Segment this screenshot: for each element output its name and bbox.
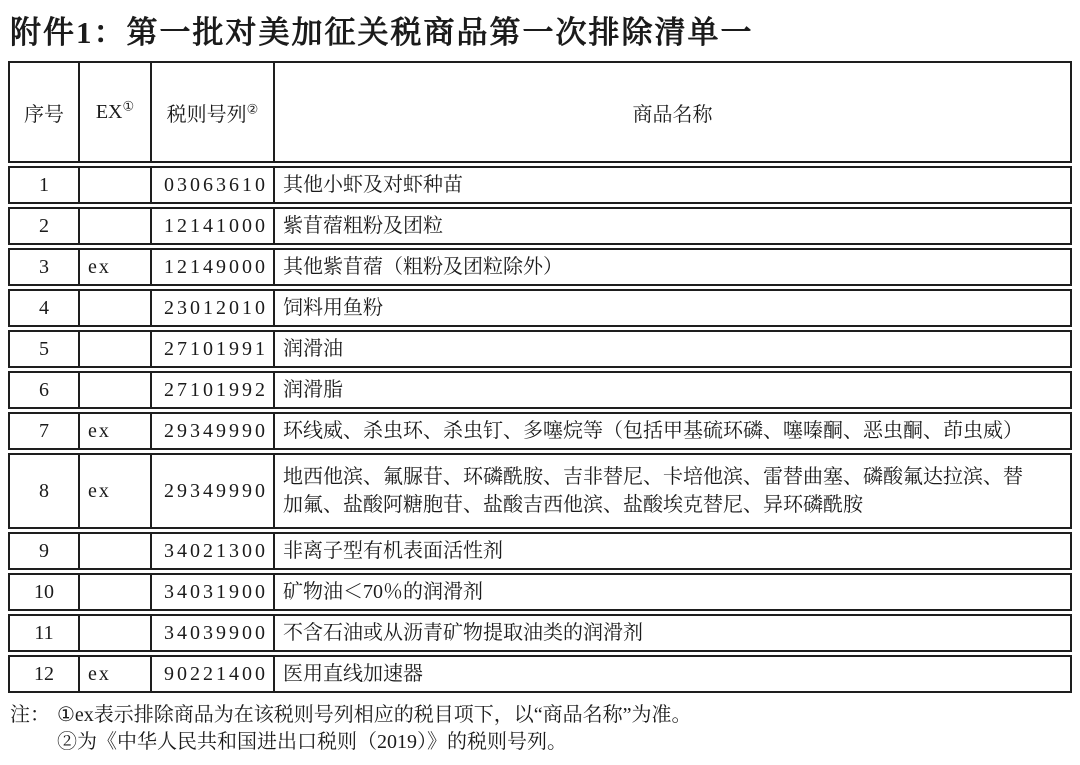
footnote-1: 注：①ex表示排除商品为在该税则号列相应的税目项下，以“商品名称”为准。: [10, 702, 1072, 729]
cell-product-name: 紫苜蓿粗粉及团粒: [273, 207, 1072, 245]
cell-serial: 2: [8, 207, 78, 245]
cell-tariff-code: 12141000: [150, 207, 273, 245]
cell-ex: [78, 573, 150, 611]
cell-serial: 12: [8, 655, 78, 693]
cell-tariff-code: 23012010: [150, 289, 273, 327]
cell-tariff-code: 27101992: [150, 371, 273, 409]
cell-ex: ex: [78, 412, 150, 450]
cell-tariff-code: 34039900: [150, 614, 273, 652]
cell-tariff-code: 29349990: [150, 412, 273, 450]
document-page: 附件1：第一批对美加征关税商品第一次排除清单一 序号 EX① 税则号列② 商品名…: [0, 0, 1080, 765]
table-row: 7 ex 29349990 环线威、杀虫环、杀虫钉、多噻烷等（包括甲基硫环磷、噻…: [8, 412, 1072, 450]
cell-serial: 5: [8, 330, 78, 368]
table-row: 1 03063610 其他小虾及对虾种苗: [8, 166, 1072, 204]
cell-tariff-code: 12149000: [150, 248, 273, 286]
cell-ex: ex: [78, 248, 150, 286]
table-header-row: 序号 EX① 税则号列② 商品名称: [8, 61, 1072, 163]
col-header-product-name: 商品名称: [273, 61, 1072, 163]
footnote-1-text: ①ex表示排除商品为在该税则号列相应的税目项下，以“商品名称”为准。: [57, 704, 692, 726]
cell-serial: 6: [8, 371, 78, 409]
col-header-ex-superscript: ①: [123, 98, 135, 113]
footnote-prefix: 注：: [10, 702, 57, 729]
cell-product-name: 环线威、杀虫环、杀虫钉、多噻烷等（包括甲基硫环磷、噻嗪酮、恶虫酮、茚虫威）: [273, 412, 1072, 450]
cell-ex: [78, 532, 150, 570]
cell-product-name: 矿物油＜70％的润滑剂: [273, 573, 1072, 611]
cell-ex: [78, 207, 150, 245]
cell-product-name: 润滑脂: [273, 371, 1072, 409]
cell-ex: [78, 614, 150, 652]
col-header-tariff-code-label: 税则号列: [167, 104, 247, 126]
table-row: 6 27101992 润滑脂: [8, 371, 1072, 409]
cell-ex: [78, 330, 150, 368]
cell-serial: 9: [8, 532, 78, 570]
cell-ex: [78, 166, 150, 204]
table-row: 2 12141000 紫苜蓿粗粉及团粒: [8, 207, 1072, 245]
cell-product-name: 饲料用鱼粉: [273, 289, 1072, 327]
table-row: 12 ex 90221400 医用直线加速器: [8, 655, 1072, 693]
cell-product-name: 其他小虾及对虾种苗: [273, 166, 1072, 204]
table-row: 3 ex 12149000 其他紫苜蓿（粗粉及团粒除外）: [8, 248, 1072, 286]
cell-ex: [78, 371, 150, 409]
cell-serial: 8: [8, 453, 78, 529]
footnotes: 注：①ex表示排除商品为在该税则号列相应的税目项下，以“商品名称”为准。 ②为《…: [8, 702, 1072, 756]
cell-product-name: 地西他滨、氟脲苷、环磷酰胺、吉非替尼、卡培他滨、雷替曲塞、磷酸氟达拉滨、替加氟、…: [273, 453, 1072, 529]
page-title: 附件1：第一批对美加征关税商品第一次排除清单一: [8, 5, 1072, 58]
table-row: 11 34039900 不含石油或从沥青矿物提取油类的润滑剂: [8, 614, 1072, 652]
cell-serial: 3: [8, 248, 78, 286]
col-header-tariff-code: 税则号列②: [150, 61, 273, 163]
cell-ex: ex: [78, 453, 150, 529]
table-row: 5 27101991 润滑油: [8, 330, 1072, 368]
col-header-product-name-label: 商品名称: [633, 104, 713, 126]
cell-tariff-code: 03063610: [150, 166, 273, 204]
exclusion-table: 序号 EX① 税则号列② 商品名称 1 03063610 其他小虾及对虾种苗 2…: [8, 58, 1072, 696]
cell-product-name: 不含石油或从沥青矿物提取油类的润滑剂: [273, 614, 1072, 652]
col-header-ex-label: EX: [96, 101, 123, 123]
cell-serial: 10: [8, 573, 78, 611]
col-header-serial-label: 序号: [24, 104, 64, 126]
cell-ex: ex: [78, 655, 150, 693]
cell-ex: [78, 289, 150, 327]
col-header-tariff-code-superscript: ②: [247, 101, 259, 116]
footnote-2: ②为《中华人民共和国进出口税则（2019）》的税则号列。: [10, 729, 1072, 756]
col-header-ex: EX①: [78, 61, 150, 163]
cell-product-name: 医用直线加速器: [273, 655, 1072, 693]
cell-serial: 11: [8, 614, 78, 652]
table-row: 4 23012010 饲料用鱼粉: [8, 289, 1072, 327]
cell-serial: 1: [8, 166, 78, 204]
table-row: 9 34021300 非离子型有机表面活性剂: [8, 532, 1072, 570]
table-row: 10 34031900 矿物油＜70％的润滑剂: [8, 573, 1072, 611]
cell-tariff-code: 29349990: [150, 453, 273, 529]
cell-tariff-code: 34021300: [150, 532, 273, 570]
cell-serial: 4: [8, 289, 78, 327]
col-header-serial: 序号: [8, 61, 78, 163]
cell-product-name: 其他紫苜蓿（粗粉及团粒除外）: [273, 248, 1072, 286]
footnote-2-text: ②为《中华人民共和国进出口税则（2019）》的税则号列。: [57, 731, 567, 753]
cell-tariff-code: 34031900: [150, 573, 273, 611]
cell-tariff-code: 27101991: [150, 330, 273, 368]
table-row: 8 ex 29349990 地西他滨、氟脲苷、环磷酰胺、吉非替尼、卡培他滨、雷替…: [8, 453, 1072, 529]
cell-tariff-code: 90221400: [150, 655, 273, 693]
cell-product-name: 非离子型有机表面活性剂: [273, 532, 1072, 570]
cell-product-name: 润滑油: [273, 330, 1072, 368]
cell-serial: 7: [8, 412, 78, 450]
